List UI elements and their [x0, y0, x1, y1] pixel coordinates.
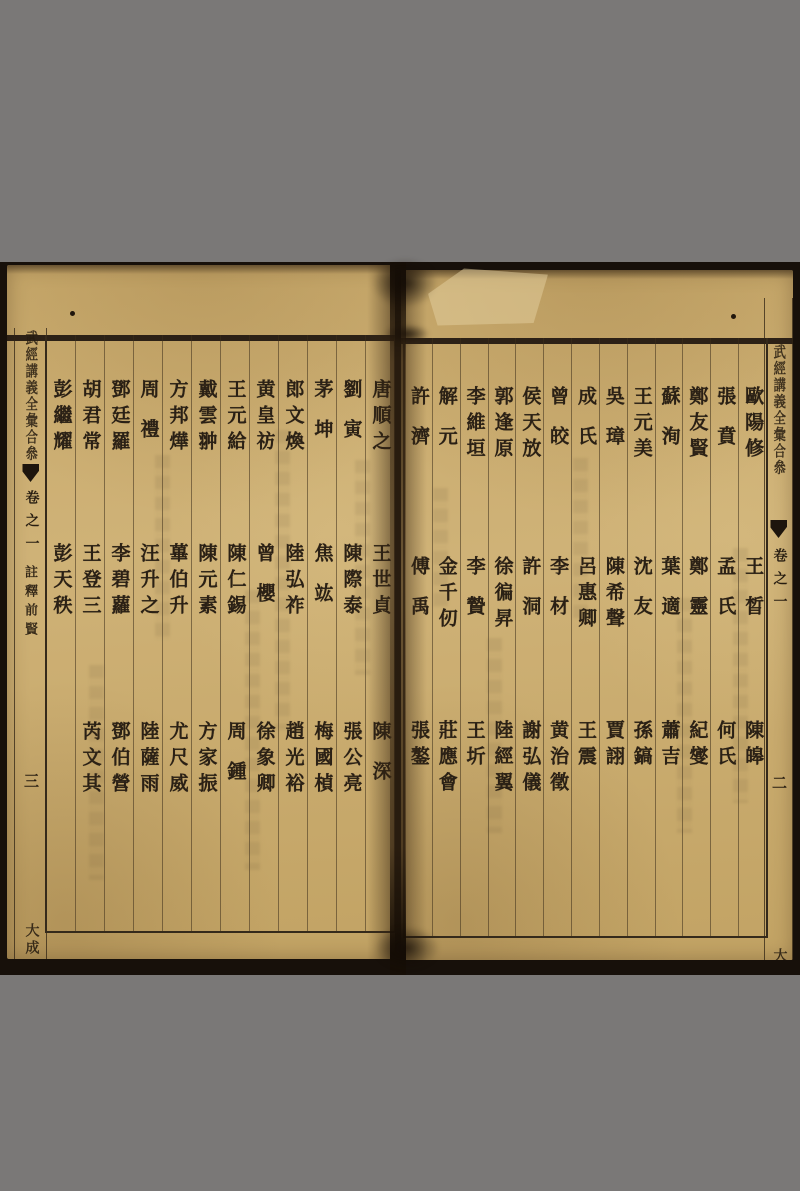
right-name-col6-top: 吳璋	[600, 386, 627, 466]
right-page-frame: 歐陽修王晳陳皞張賁孟氏何氏鄭友賢鄭靈紀燮蘇洵葉適蕭吉王元美沈友孫鎬吳璋陳希聲賈詡…	[403, 338, 768, 938]
right-name-col11-bot: 王圻	[461, 720, 488, 772]
ink-speck	[731, 314, 736, 319]
right-name-col5-top: 王元美	[628, 386, 655, 464]
right-name-col6-bot: 賈詡	[600, 720, 627, 772]
left-fishtail-icon	[22, 464, 39, 482]
right-colophon-mark: 大成	[769, 948, 789, 960]
gutter-stain	[372, 258, 438, 308]
book-spread: 武經講義全彙合叅 卷之一 註釋前賢 三 大成 唐順之王世貞陳深劉寅陳際泰張公亮茅…	[0, 262, 800, 975]
ink-speck	[70, 311, 75, 316]
right-name-col13-bot: 張鏊	[405, 720, 432, 772]
right-column-12: 解元金千仞莊應會	[432, 338, 460, 936]
left-name-col7-top: 戴雲翀	[193, 379, 220, 457]
right-name-col12-top: 解元	[433, 386, 460, 466]
bleedthrough-smudge	[733, 548, 748, 803]
left-name-col10-top: 鄧廷羅	[106, 379, 133, 457]
gutter-stain	[384, 324, 430, 344]
left-column-3: 茅坤焦竑梅國楨	[307, 335, 336, 931]
right-name-col7-top: 成氏	[572, 386, 599, 466]
left-name-col9-top: 周禮	[135, 379, 162, 459]
right-column-5: 王元美沈友孫鎬	[627, 338, 655, 936]
left-name-col7-bot: 方家振	[193, 721, 220, 799]
right-edge-book-title: 武經講義全彙合叅	[770, 344, 787, 476]
left-name-col8-bot: 尤尺威	[164, 721, 191, 799]
right-column-10: 郭逢原徐徧昇陸經翼	[488, 338, 516, 936]
bleedthrough-smudge	[433, 488, 448, 608]
bleedthrough-smudge	[155, 455, 170, 640]
left-name-col8-top: 方邦燁	[164, 379, 191, 457]
left-column-10: 鄧廷羅李碧蘿鄧伯營	[104, 335, 133, 931]
binding-gutter-shadow	[390, 262, 406, 975]
right-name-col9-bot: 謝弘儀	[516, 720, 543, 798]
left-section-label: 註釋前賢	[21, 565, 40, 641]
right-column-7: 成氏呂惠卿王震	[571, 338, 599, 936]
right-page: 歐陽修王晳陳皞張賁孟氏何氏鄭友賢鄭靈紀燮蘇洵葉適蕭吉王元美沈友孫鎬吳璋陳希聲賈詡…	[401, 270, 793, 960]
right-name-col5-mid: 沈友	[628, 556, 655, 636]
right-name-col13-top: 許濟	[405, 386, 432, 466]
right-juan-label: 卷之一	[769, 548, 789, 617]
right-name-col10-mid: 徐徧昇	[488, 556, 515, 634]
left-page-frame: 唐順之王世貞陳深劉寅陳際泰張公亮茅坤焦竑梅國楨郎文煥陸弘祚趙光裕黄皇祊曾櫻徐象卿…	[45, 335, 395, 933]
right-name-col11-top: 李維垣	[461, 386, 488, 464]
left-folio-number: 三	[20, 773, 41, 788]
left-page-fore-edge-strip: 武經講義全彙合叅 卷之一 註釋前賢 三 大成	[14, 328, 47, 959]
right-page-fore-edge-strip: 武經講義全彙合叅 卷之一 二 大成	[764, 298, 793, 960]
left-name-col2-bot: 張公亮	[338, 721, 365, 799]
right-name-col10-top: 郭逢原	[488, 386, 515, 464]
right-column-6: 吳璋陳希聲賈詡	[599, 338, 627, 936]
right-name-col9-top: 侯天放	[516, 386, 543, 464]
left-name-col4-bot: 趙光裕	[280, 721, 307, 799]
left-name-col10-bot: 鄧伯營	[106, 721, 133, 799]
left-name-col3-top: 茅坤	[309, 379, 336, 459]
right-column-9: 侯天放許洞謝弘儀	[515, 338, 543, 936]
right-name-col8-mid: 李材	[544, 556, 571, 636]
left-page: 武經講義全彙合叅 卷之一 註釋前賢 三 大成 唐順之王世貞陳深劉寅陳際泰張公亮茅…	[7, 265, 395, 959]
left-name-col6-top: 王元給	[222, 379, 249, 457]
right-name-col11-mid: 李贄	[461, 556, 488, 636]
left-name-col12-top: 彭繼耀	[48, 379, 75, 457]
left-colophon-mark: 大成	[21, 923, 41, 957]
right-name-col13-mid: 傅禹	[405, 556, 432, 636]
left-name-col2-top: 劉寅	[338, 379, 365, 459]
book-scan-viewport: 武經講義全彙合叅 卷之一 註釋前賢 三 大成 唐順之王世貞陳深劉寅陳際泰張公亮茅…	[0, 0, 800, 1191]
left-column-7: 戴雲翀陳元素方家振	[191, 335, 220, 931]
left-name-col11-top: 胡君常	[77, 379, 104, 457]
right-column-13: 許濟傅禹張鏊	[405, 338, 432, 936]
bleedthrough-smudge	[275, 430, 290, 730]
right-name-col8-top: 曾皎	[544, 386, 571, 466]
right-fishtail-icon	[770, 520, 787, 538]
left-juan-label: 卷之一	[21, 490, 41, 559]
right-name-col8-bot: 黄治徵	[544, 720, 571, 798]
right-folio-number: 二	[768, 775, 789, 790]
bleedthrough-smudge	[487, 638, 502, 833]
right-name-col9-mid: 許洞	[516, 556, 543, 636]
bleedthrough-smudge	[355, 460, 370, 675]
left-name-col3-bot: 梅國楨	[309, 721, 336, 799]
right-column-11: 李維垣李贄王圻	[460, 338, 488, 936]
left-name-col3-mid: 焦竑	[309, 543, 336, 623]
right-column-8: 曾皎李材黄治徵	[543, 338, 571, 936]
bleedthrough-smudge	[245, 590, 260, 870]
right-page-columns: 歐陽修王晳陳皞張賁孟氏何氏鄭友賢鄭靈紀燮蘇洵葉適蕭吉王元美沈友孫鎬吳璋陳希聲賈詡…	[405, 338, 766, 936]
left-name-col11-mid: 王登三	[77, 543, 104, 621]
left-name-col12-mid: 彭天秩	[48, 543, 75, 621]
bleedthrough-smudge	[89, 665, 104, 880]
left-name-col7-mid: 陳元素	[193, 543, 220, 621]
right-name-col3-top: 鄭友賢	[683, 386, 710, 464]
left-name-col5-top: 黄皇祊	[251, 379, 278, 457]
left-name-col9-bot: 陸薩雨	[135, 721, 162, 799]
right-name-col6-mid: 陳希聲	[600, 556, 627, 634]
left-name-col10-mid: 李碧蘿	[106, 543, 133, 621]
right-name-col1-top: 歐陽修	[739, 386, 766, 464]
gutter-stain	[374, 926, 440, 970]
right-name-col12-bot: 莊應會	[433, 720, 460, 798]
bleedthrough-smudge	[573, 458, 588, 618]
right-name-col2-top: 張賁	[711, 386, 738, 466]
right-name-col7-bot: 王震	[572, 720, 599, 772]
bleedthrough-smudge	[677, 598, 692, 833]
left-column-12: 彭繼耀彭天秩	[47, 335, 75, 931]
right-name-col5-bot: 孫鎬	[628, 720, 655, 772]
left-edge-book-title: 武經講義全彙合叅	[22, 330, 39, 462]
right-name-col4-top: 蘇洵	[656, 386, 683, 466]
